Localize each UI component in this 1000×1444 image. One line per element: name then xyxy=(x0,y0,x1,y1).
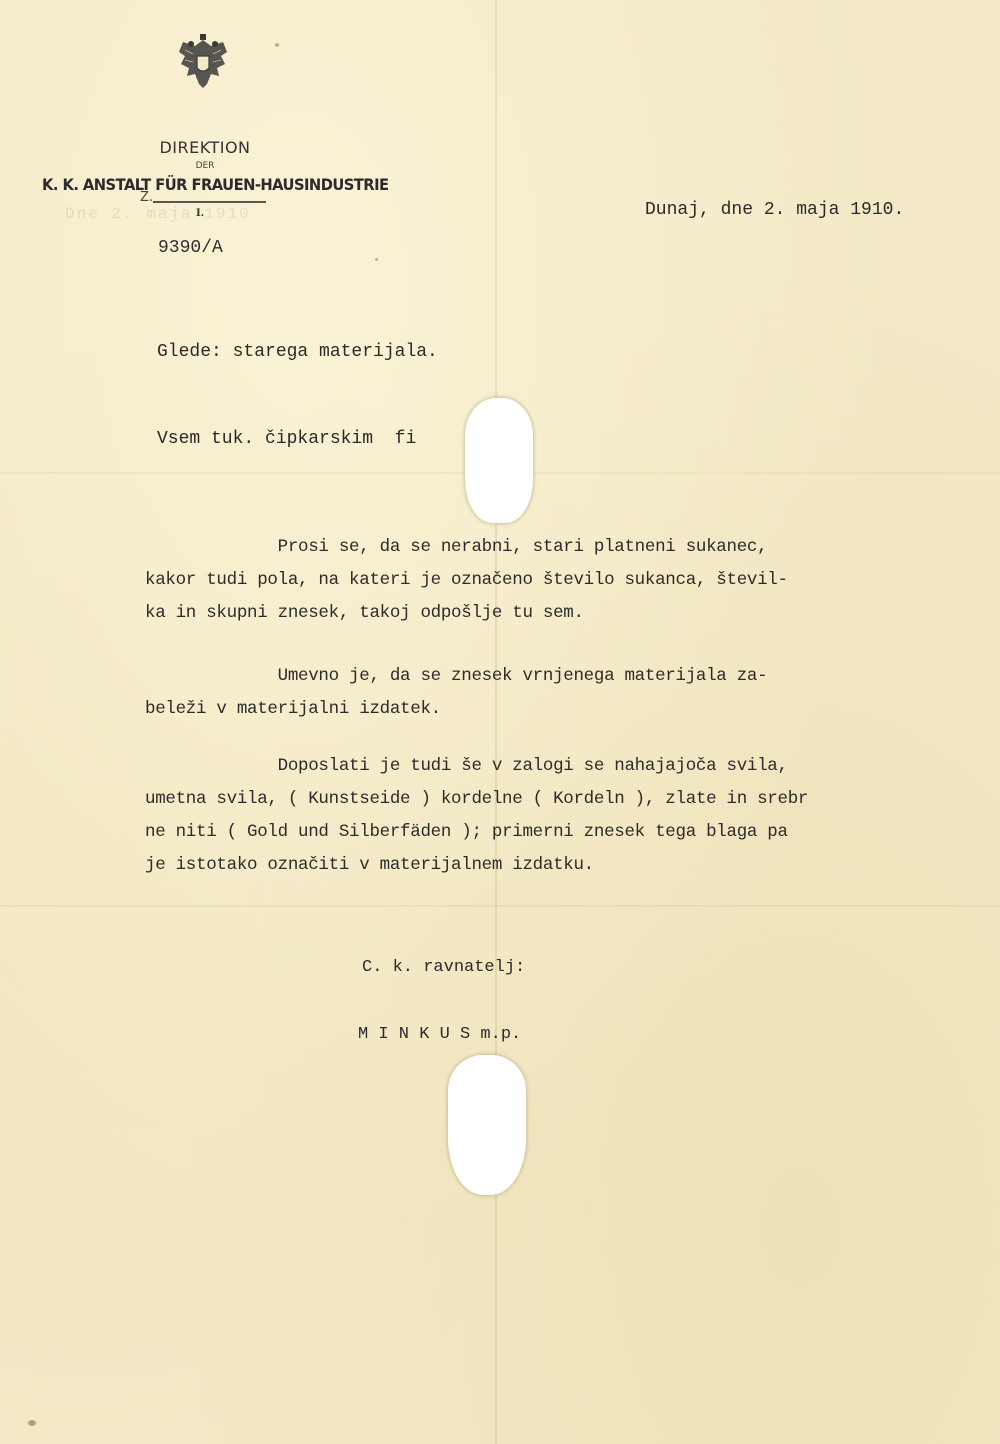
letterhead-der: DER xyxy=(180,161,230,171)
text-line: beleži v materijalni izdatek. xyxy=(145,693,975,726)
paragraph-3: Doposlati je tudi še v zalogi se nahajaj… xyxy=(145,750,975,882)
letterhead-institution: K. K. ANSTALT FÜR FRAUEN-HAUSINDUSTRIE xyxy=(42,175,355,194)
paper-hole-lower xyxy=(448,1055,526,1195)
text-line: umetna svila, ( Kunstseide ) kordelne ( … xyxy=(145,783,975,816)
roman-numeral: I. xyxy=(196,208,204,219)
text-line: Umevno je, da se znesek vrnjenega materi… xyxy=(145,660,975,693)
bleed-through-text: Dne 2. maja 1910 xyxy=(65,205,251,223)
z-label: Z. xyxy=(140,190,153,205)
text-line: je istotako označiti v materijalnem izda… xyxy=(145,849,975,882)
stain-spot xyxy=(28,1420,36,1426)
letter-date: Dunaj, dne 2. maja 1910. xyxy=(645,200,904,220)
reference-number: 9390/A xyxy=(158,238,223,258)
paper-hole-upper xyxy=(465,398,533,523)
paragraph-2: Umevno je, da se znesek vrnjenega materi… xyxy=(145,660,975,726)
signature-title: C. k. ravnatelj: xyxy=(362,958,525,977)
text-line: Prosi se, da se nerabni, stari platneni … xyxy=(145,531,975,564)
text-line: ka in skupni znesek, takoj odpošlje tu s… xyxy=(145,597,975,630)
stain-spot xyxy=(275,43,279,47)
paper-fold-horizontal xyxy=(0,905,1000,907)
letterhead-direktion: DIREKTION xyxy=(150,138,260,157)
letter-subject: Glede: starega materijala. xyxy=(157,342,438,362)
z-rule xyxy=(153,201,266,203)
paragraph-1: Prosi se, da se nerabni, stari platneni … xyxy=(145,531,975,630)
double-headed-eagle-icon xyxy=(175,32,231,92)
signature-name: M I N K U S m.p. xyxy=(358,1025,521,1044)
text-line: kakor tudi pola, na kateri je označeno š… xyxy=(145,564,975,597)
stain-spot xyxy=(375,258,378,261)
text-line: Doposlati je tudi še v zalogi se nahajaj… xyxy=(145,750,975,783)
text-line: ne niti ( Gold und Silberfäden ); primer… xyxy=(145,816,975,849)
